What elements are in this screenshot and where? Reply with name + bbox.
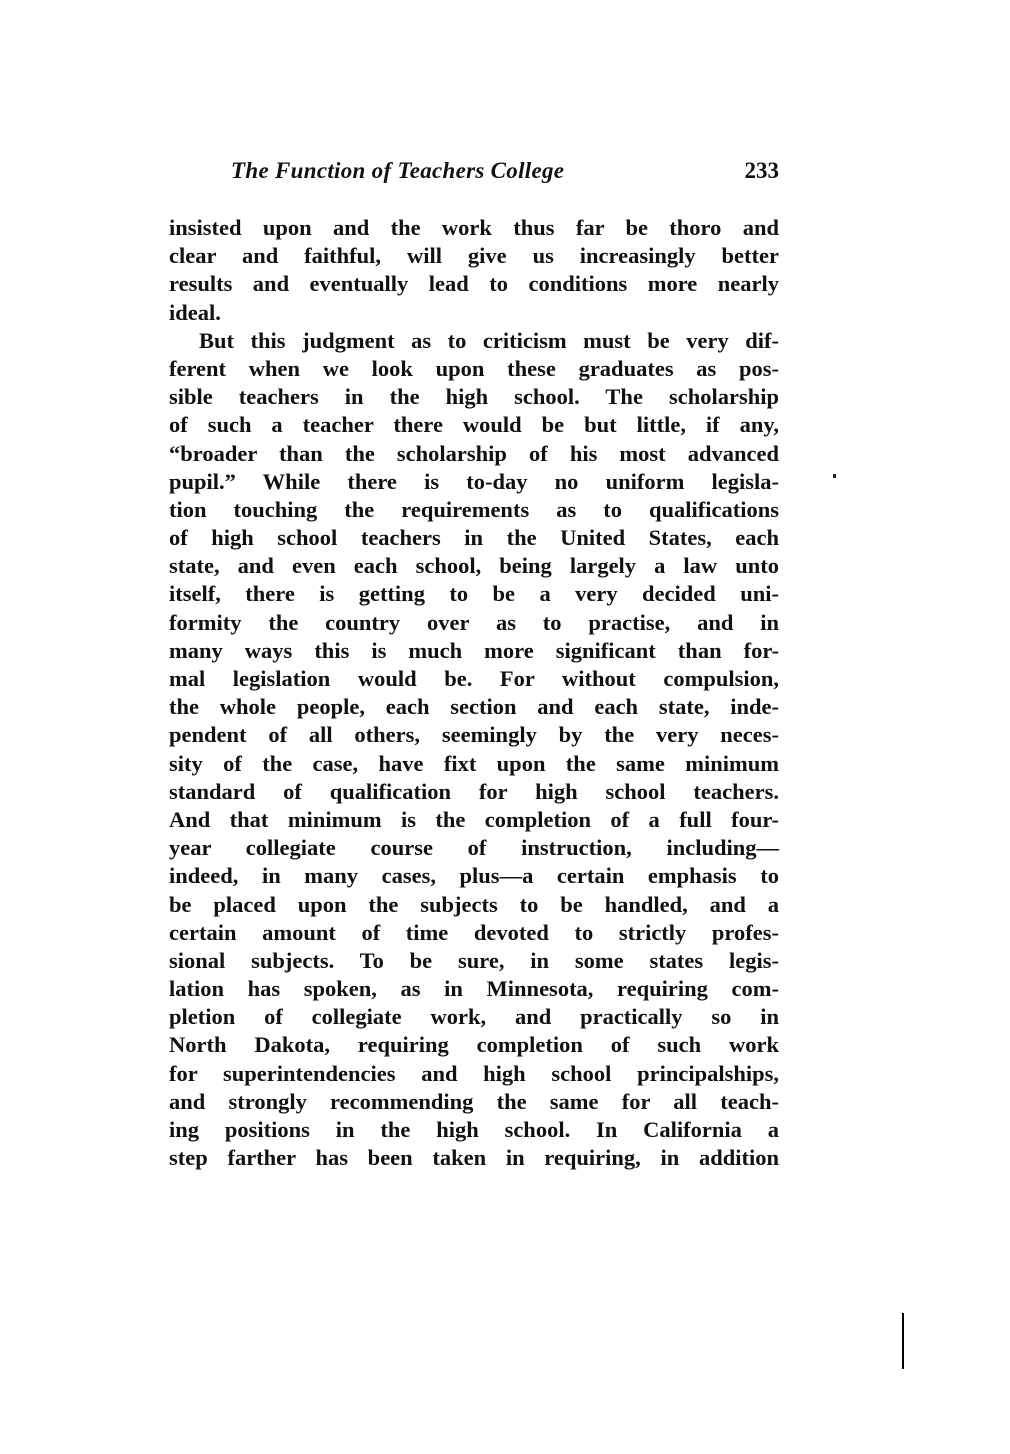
text-line: “broader than the scholarship of his mos… [169,440,779,468]
text-line: many ways this is much more significant … [169,637,779,665]
running-head: The Function of Teachers College 233 [169,158,779,188]
text-line: state, and even each school, being large… [169,552,779,580]
text-line: be placed upon the subjects to be handle… [169,891,779,919]
text-line: results and eventually lead to condition… [169,270,779,298]
text-line: tion touching the requirements as to qua… [169,496,779,524]
text-line: year collegiate course of instruction, i… [169,834,779,862]
text-line: pendent of all others, seemingly by the … [169,721,779,749]
text-line: pletion of collegiate work, and practica… [169,1003,779,1031]
text-line: sity of the case, have fixt upon the sam… [169,750,779,778]
book-page: The Function of Teachers College 233 ins… [169,158,779,188]
text-line: for superintendencies and high school pr… [169,1060,779,1088]
text-line: ferent when we look upon these graduates… [169,355,779,383]
text-line: ideal. [169,299,779,327]
text-line: pupil.” While there is to-day no uniform… [169,468,779,496]
text-line: the whole people, each section and each … [169,693,779,721]
text-line: ing positions in the high school. In Cal… [169,1116,779,1144]
text-line: indeed, in many cases, plus—a certain em… [169,862,779,890]
page-number: 233 [745,158,780,184]
text-line: step farther has been taken in requiring… [169,1144,779,1172]
text-line: of such a teacher there would be but lit… [169,411,779,439]
paragraph-1: insisted upon and the work thus far be t… [169,214,779,327]
text-line: sional subjects. To be sure, in some sta… [169,947,779,975]
running-title: The Function of Teachers College [231,158,564,184]
text-line: of high school teachers in the United St… [169,524,779,552]
text-line: sible teachers in the high school. The s… [169,383,779,411]
scan-speck [833,474,836,478]
text-line: And that minimum is the completion of a … [169,806,779,834]
text-line: formity the country over as to practise,… [169,609,779,637]
text-line: standard of qualification for high schoo… [169,778,779,806]
text-line: and strongly recommending the same for a… [169,1088,779,1116]
text-line: itself, there is getting to be a very de… [169,580,779,608]
text-line: certain amount of time devoted to strict… [169,919,779,947]
body-text: insisted upon and the work thus far be t… [169,214,779,1172]
text-line: clear and faithful, will give us increas… [169,242,779,270]
text-line: lation has spoken, as in Minnesota, requ… [169,975,779,1003]
text-line: North Dakota, requiring completion of su… [169,1031,779,1059]
margin-rule-mark [902,1313,904,1369]
text-line: But this judgment as to criticism must b… [169,327,779,355]
paragraph-2: But this judgment as to criticism must b… [169,327,779,1173]
text-line: insisted upon and the work thus far be t… [169,214,779,242]
text-line: mal legislation would be. For without co… [169,665,779,693]
